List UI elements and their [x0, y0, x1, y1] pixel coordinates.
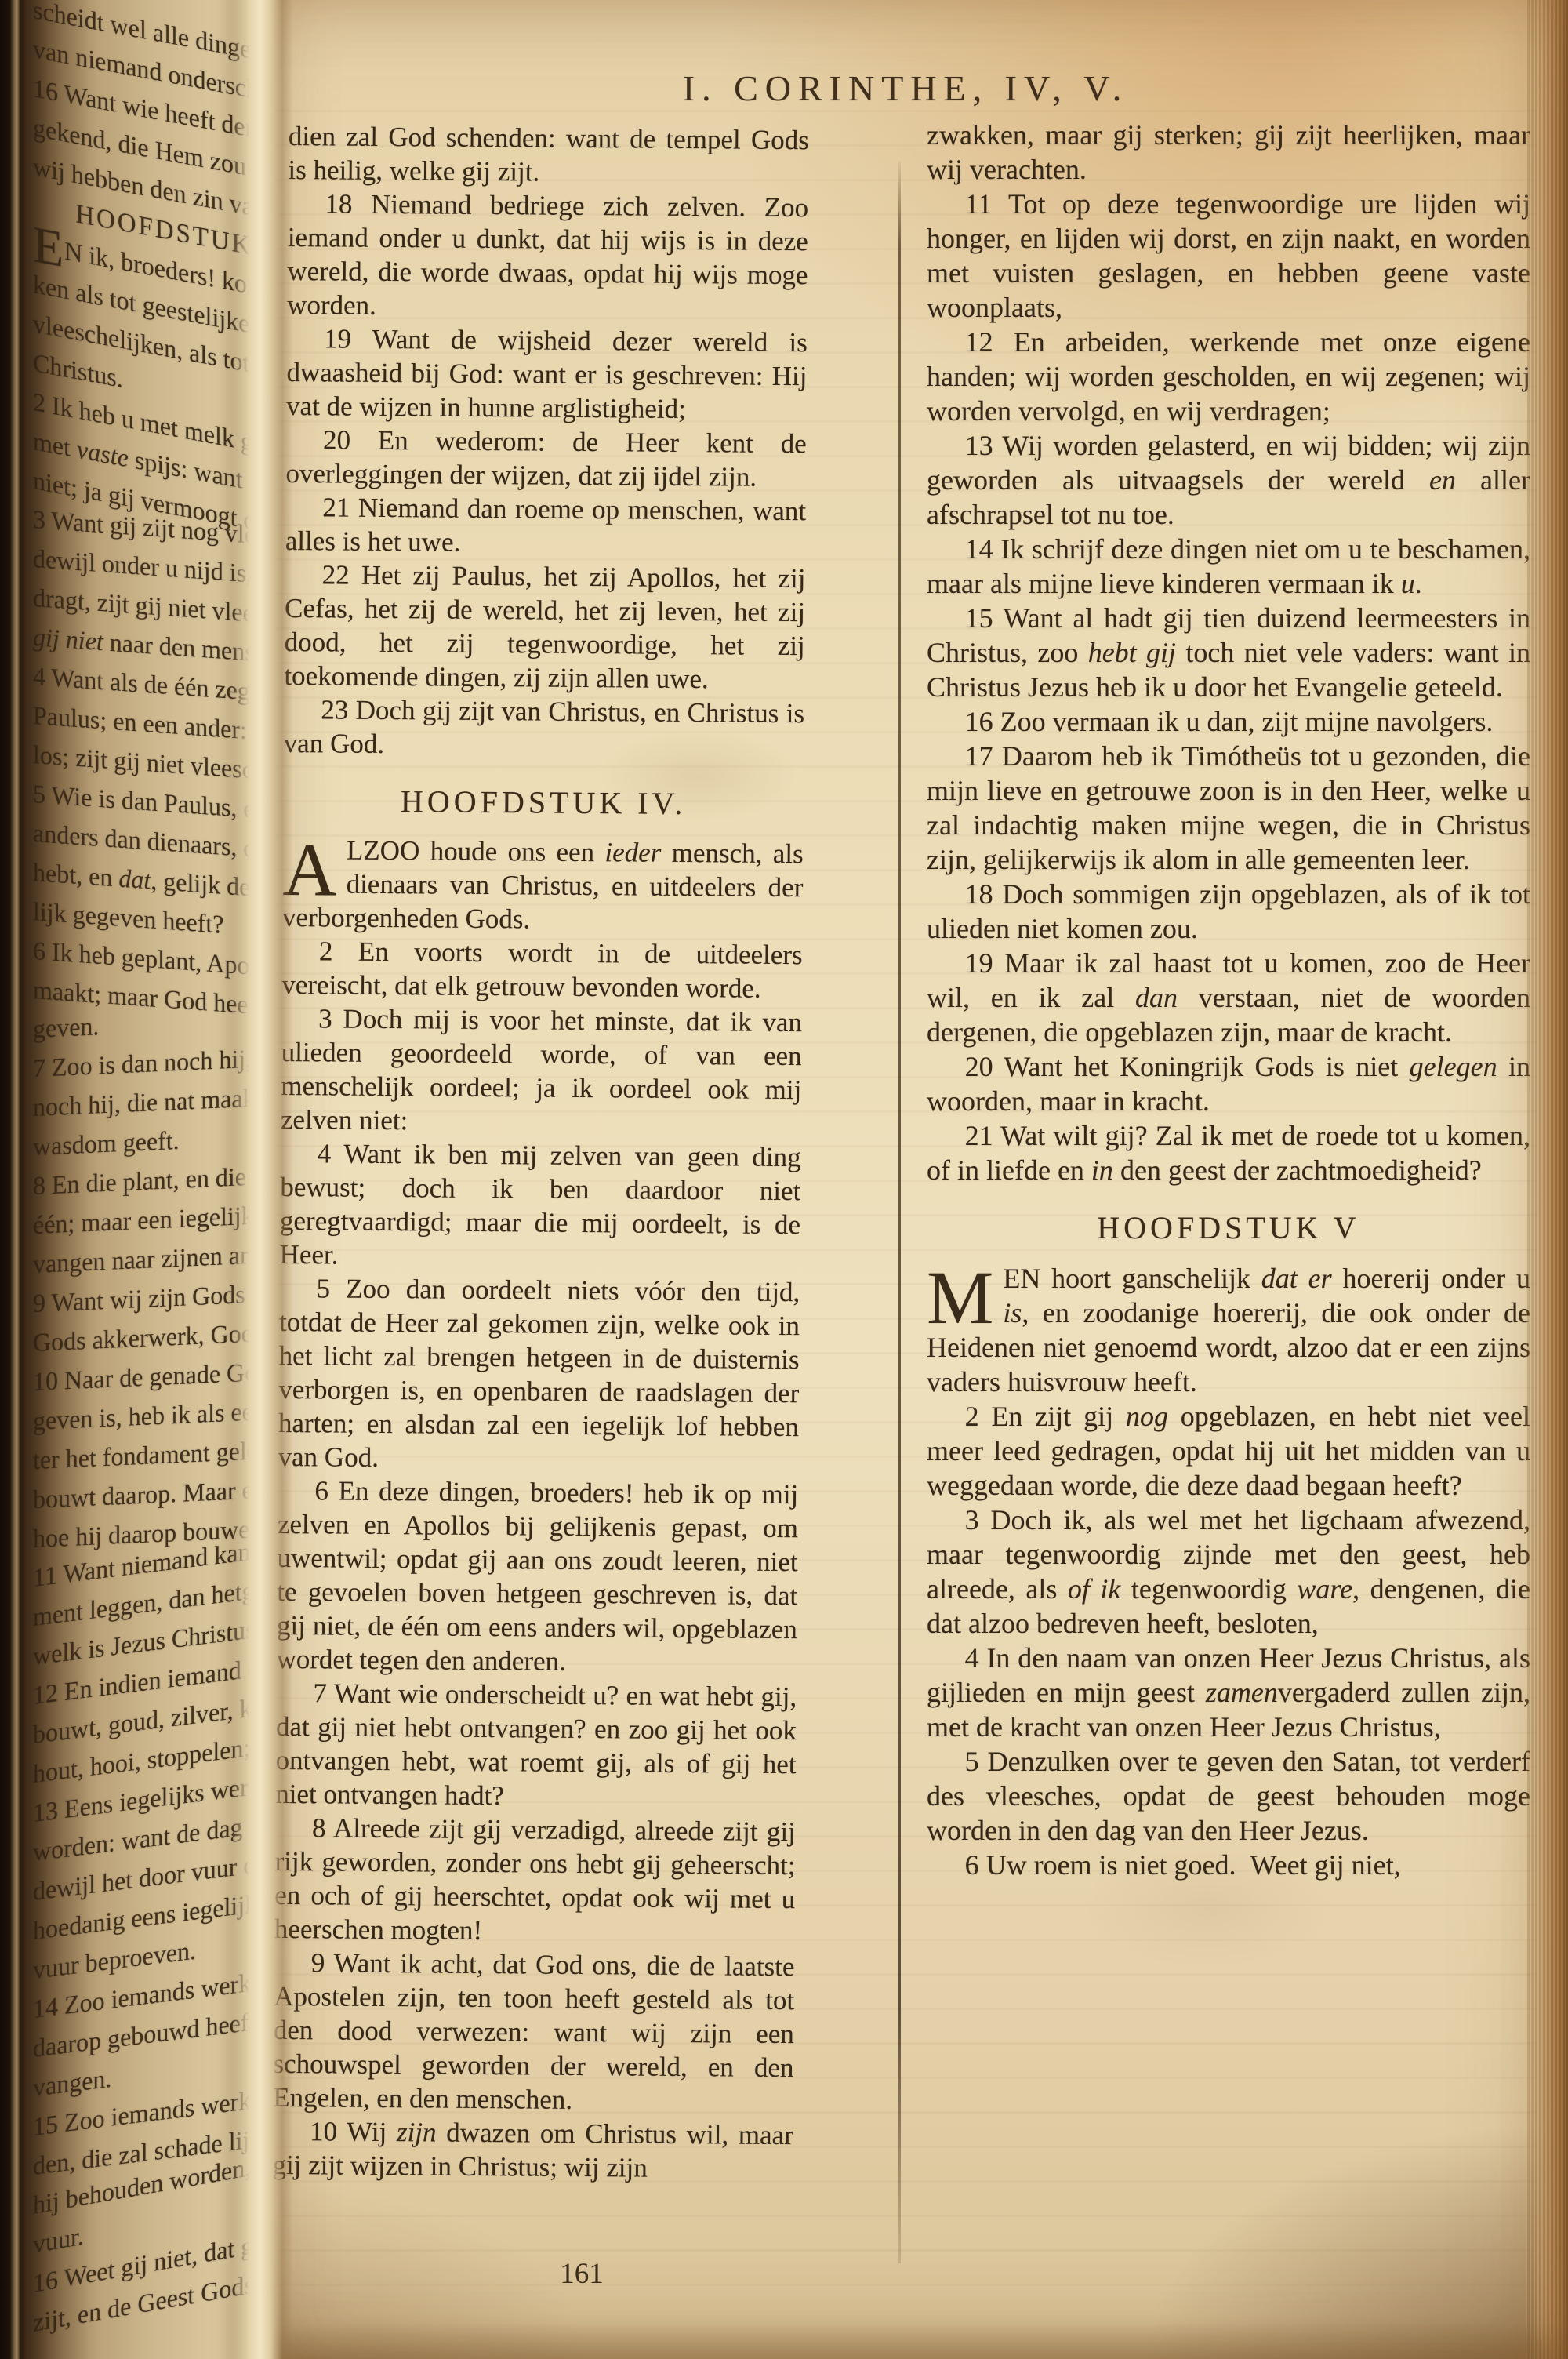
verse-paragraph: 9 Want ik acht, dat God ons, die de laat…	[273, 1946, 795, 2118]
verse-paragraph: 5 Zoo dan oordeelt niets vóór den tijd, …	[278, 1271, 800, 1478]
verse-paragraph: 18 Doch sommigen zijn opgeblazen, als of…	[927, 877, 1530, 946]
page-right-edge	[1526, 0, 1568, 2359]
verse-paragraph: 20 Want het Koningrijk Gods is niet gele…	[927, 1049, 1530, 1118]
verse-paragraph: zwakken, maar gij sterken; gij zijt heer…	[927, 118, 1530, 187]
verse-paragraph: 6 En deze dingen, broeders! heb ik op mi…	[276, 1474, 798, 1680]
drop-cap: M	[927, 1261, 1003, 1329]
verse-paragraph: 3 Doch mij is voor het minste, dat ik va…	[281, 1001, 802, 1140]
verse-paragraph: 2 En zijt gij nog opgeblazen, en hebt ni…	[927, 1399, 1530, 1503]
book-page: I. CORINTHE, IV, V. dien zal God schende…	[259, 0, 1568, 2359]
gutter-text-segment: 3 Want gij zijt nog vleeschedewijl onder…	[33, 500, 260, 1033]
verse-paragraph: 7 Want wie onderscheidt u? en wat hebt g…	[275, 1676, 797, 1815]
verse-paragraph: 2 En voorts wordt in de uitdeelers verei…	[281, 934, 803, 1005]
previous-page-gutter: scheidt wel alle dingen, maar hijvan nie…	[28, 0, 260, 2359]
dropcap-paragraph: ALZOO houde ons een ieder mensch, als di…	[282, 833, 804, 938]
left-text-column: dien zal God schenden: want de tempel Go…	[272, 119, 809, 2186]
verse-paragraph: 8 Alreede zijt gij verzadigd, alreede zi…	[274, 1811, 796, 1950]
verse-paragraph: 21 Wat wilt gij? Zal ik met de roede tot…	[927, 1118, 1530, 1187]
book-spine-shadow	[0, 0, 28, 2359]
verse-paragraph: 10 Wij zijn dwazen om Christus wil, maar…	[272, 2114, 793, 2186]
page-bottom-shadow	[259, 2323, 1568, 2359]
page-number: 161	[535, 2257, 629, 2291]
verse-paragraph: 16 Zoo vermaan ik u dan, zijt mijne navo…	[927, 704, 1530, 739]
verse-paragraph: dien zal God schenden: want de tempel Go…	[288, 119, 809, 191]
verse-paragraph: 6 Uw roem is niet goed. Weet gij niet,	[927, 1848, 1530, 1882]
verse-paragraph: 4 In den naam van onzen Heer Jezus Chris…	[927, 1641, 1530, 1744]
verse-paragraph: 18 Niemand bedriege zich zelven. Zoo iem…	[287, 187, 808, 325]
verse-paragraph: 14 Ik schrijf deze dingen niet om u te b…	[927, 532, 1530, 601]
verse-paragraph: 15 Want al hadt gij tien duizend leermee…	[927, 601, 1530, 704]
chapter-heading: HOOFDSTUK IV.	[283, 783, 804, 821]
right-text-column: zwakken, maar gij sterken; gij zijt heer…	[927, 118, 1530, 1882]
verse-paragraph: 13 Wij worden gelasterd, en wij bidden; …	[927, 428, 1530, 532]
verse-paragraph: 5 Denzulken over te geven den Satan, tot…	[927, 1744, 1530, 1848]
verse-paragraph: 4 Want ik ben mij zelven van geen ding b…	[279, 1136, 800, 1275]
verse-paragraph: 23 Doch gij zijt van Christus, en Christ…	[284, 692, 805, 764]
previous-page-text: scheidt wel alle dingen, maar hijvan nie…	[33, 0, 260, 2343]
verse-paragraph: 3 Doch ik, als wel met het ligchaam afwe…	[927, 1503, 1530, 1641]
chapter-heading: HOOFDSTUK V	[927, 1211, 1530, 1245]
verse-paragraph: 19 Maar ik zal haast tot u komen, zoo de…	[927, 946, 1530, 1049]
verse-paragraph: 20 En wederom: de Heer kent de overleggi…	[285, 423, 807, 494]
verse-paragraph: 21 Niemand dan roeme op menschen, want a…	[285, 490, 807, 562]
book-photo: scheidt wel alle dingen, maar hijvan nie…	[0, 0, 1568, 2359]
gutter-text-segment: scheidt wel alle dingen, maar hijvan nie…	[33, 0, 260, 561]
drop-cap: A	[282, 833, 347, 901]
gutter-text-segment: geven.7 Zoo is dan noch hij, die planoch…	[33, 996, 260, 1559]
verse-paragraph: 17 Daarom heb ik Timótheüs tot u gezonde…	[927, 739, 1530, 877]
column-divider-rule	[898, 162, 901, 2263]
verse-paragraph: 11 Tot op deze tegenwoordige ure lijden …	[927, 187, 1530, 325]
running-head: I. CORINTHE, IV, V.	[259, 67, 1552, 109]
verse-paragraph: 22 Het zij Paulus, het zij Apollos, het …	[284, 558, 805, 696]
gutter-text-segment: 11 Want niemand kan een andment leggen, …	[33, 1519, 260, 2186]
verse-paragraph: 12 En arbeiden, werkende met onze eigene…	[927, 325, 1530, 428]
dropcap-paragraph: MEN hoort ganschelijk dat er hoererij on…	[927, 1261, 1530, 1399]
verse-paragraph: 19 Want de wijsheid dezer wereld is dwaa…	[286, 322, 808, 427]
